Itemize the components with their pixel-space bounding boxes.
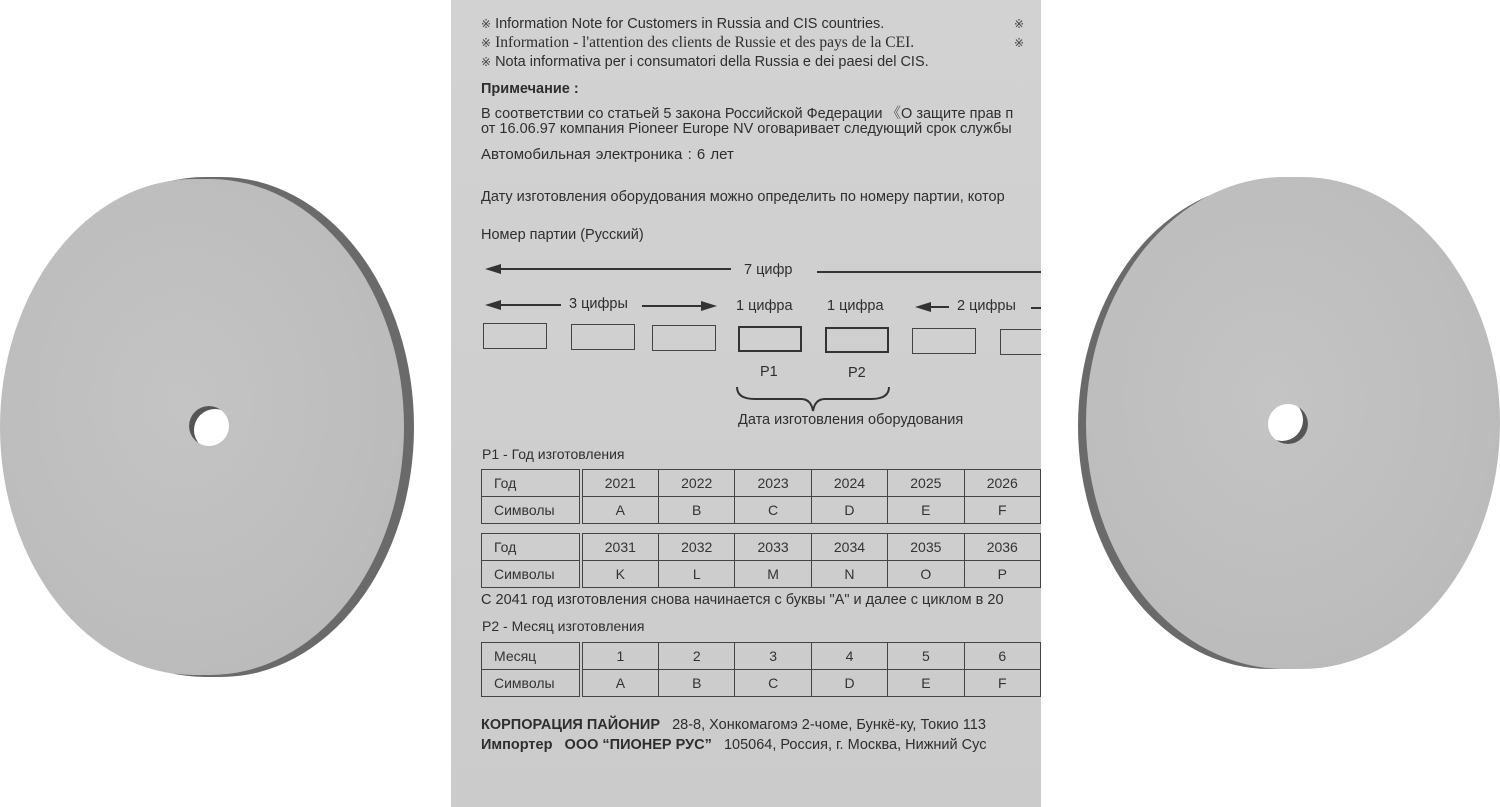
digit-box-p1 (738, 326, 802, 352)
digit-box (652, 325, 716, 351)
remark-title: Примечание : (481, 81, 579, 97)
curly-brace-icon (735, 385, 891, 415)
arrow-line (929, 306, 949, 308)
cycle-note: С 2041 год изготовления снова начинается… (481, 592, 1004, 608)
corporation-name: КОРПОРАЦИЯ ПАЙОНИР (481, 717, 660, 733)
digit-box (912, 328, 976, 354)
date-intro: Дату изготовления оборудования можно опр… (481, 189, 1005, 205)
corporation-line: КОРПОРАЦИЯ ПАЙОНИР 28-8, Хонкомагомэ 2-ч… (481, 717, 986, 733)
importer-address: 105064, Россия, г. Москва, Нижний Сус (724, 737, 987, 753)
corporation-address: 28-8, Хонкомагомэ 2-чоме, Бункё-ку, Токи… (672, 717, 986, 733)
note-line-fr: ※Information - l'attention des clients d… (481, 34, 914, 52)
table-row: Месяц 1 2 3 4 5 6 (482, 643, 1041, 670)
importer-label: Импортер (481, 737, 552, 753)
remark-line-2: от 16.06.97 компания Pioneer Europe NV о… (481, 121, 1012, 137)
reference-mark-icon: ※ (481, 55, 491, 69)
information-leaflet: ※Information Note for Customers in Russi… (451, 0, 1041, 807)
arrow-line (642, 305, 702, 307)
reference-mark-icon: ※ (481, 17, 491, 31)
note-line-en: ※Information Note for Customers in Russi… (481, 16, 884, 32)
reference-mark-icon: ※ (1014, 17, 1024, 31)
year-table-1: Год 2021 2022 2023 2024 2025 2026 Символ… (481, 469, 1041, 524)
batch-title: Номер партии (Русский) (481, 227, 644, 243)
left-foam-ear-pad (0, 177, 420, 677)
digit-box (571, 324, 635, 350)
remark-line-1: В соответствии со статьей 5 закона Росси… (481, 102, 1013, 123)
group1-digits-label: 3 цифры (569, 296, 628, 312)
table-row: Символы A B C D E F (482, 497, 1041, 524)
pad-center-hole (1268, 404, 1308, 444)
table-row: Символы K L M N O P (482, 561, 1041, 588)
service-life: Автомобильная электроника : 6 лет (481, 146, 734, 163)
digit-box (1000, 329, 1041, 355)
year-table-2: Год 2031 2032 2033 2034 2035 2036 Символ… (481, 533, 1041, 588)
note-line-it: ※Nota informativa per i consumatori dell… (481, 54, 929, 70)
arrow-line (817, 271, 1041, 273)
total-digits-label: 7 цифр (744, 262, 793, 278)
note-right-mark-2: ※ (1014, 35, 1028, 51)
brace-label: Дата изготовления оборудования (738, 412, 963, 428)
p2-label: P2 (848, 365, 866, 381)
table-row: Год 2021 2022 2023 2024 2025 2026 (482, 470, 1041, 497)
importer-line: Импортер ООО “ПИОНЕР РУС” 105064, Россия… (481, 737, 986, 753)
p1-digits-label: 1 цифра (736, 298, 793, 314)
group3-digits-label: 2 цифры (957, 298, 1016, 314)
importer-name: ООО “ПИОНЕР РУС” (565, 737, 712, 753)
reference-mark-icon: ※ (1014, 36, 1024, 50)
right-foam-ear-pad (1078, 177, 1500, 672)
digit-box-p2 (825, 327, 889, 353)
note-right-mark-1: ※ (1014, 16, 1028, 32)
month-table: Месяц 1 2 3 4 5 6 Символы A B C D E F (481, 642, 1041, 697)
reference-mark-icon: ※ (481, 36, 491, 50)
p1-label: P1 (760, 364, 778, 380)
table-row: Год 2031 2032 2033 2034 2035 2036 (482, 534, 1041, 561)
pad-center-hole (189, 406, 229, 446)
arrow-line (1031, 307, 1041, 309)
arrow-line (499, 268, 731, 270)
p2-digits-label: 1 цифра (827, 298, 884, 314)
arrow-line (499, 304, 561, 306)
month-section-title: P2 - Месяц изготовления (482, 618, 644, 634)
year-section-title: P1 - Год изготовления (482, 446, 625, 462)
arrow-right-head-icon (701, 301, 717, 311)
table-row: Символы A B C D E F (482, 670, 1041, 697)
digit-box (483, 323, 547, 349)
